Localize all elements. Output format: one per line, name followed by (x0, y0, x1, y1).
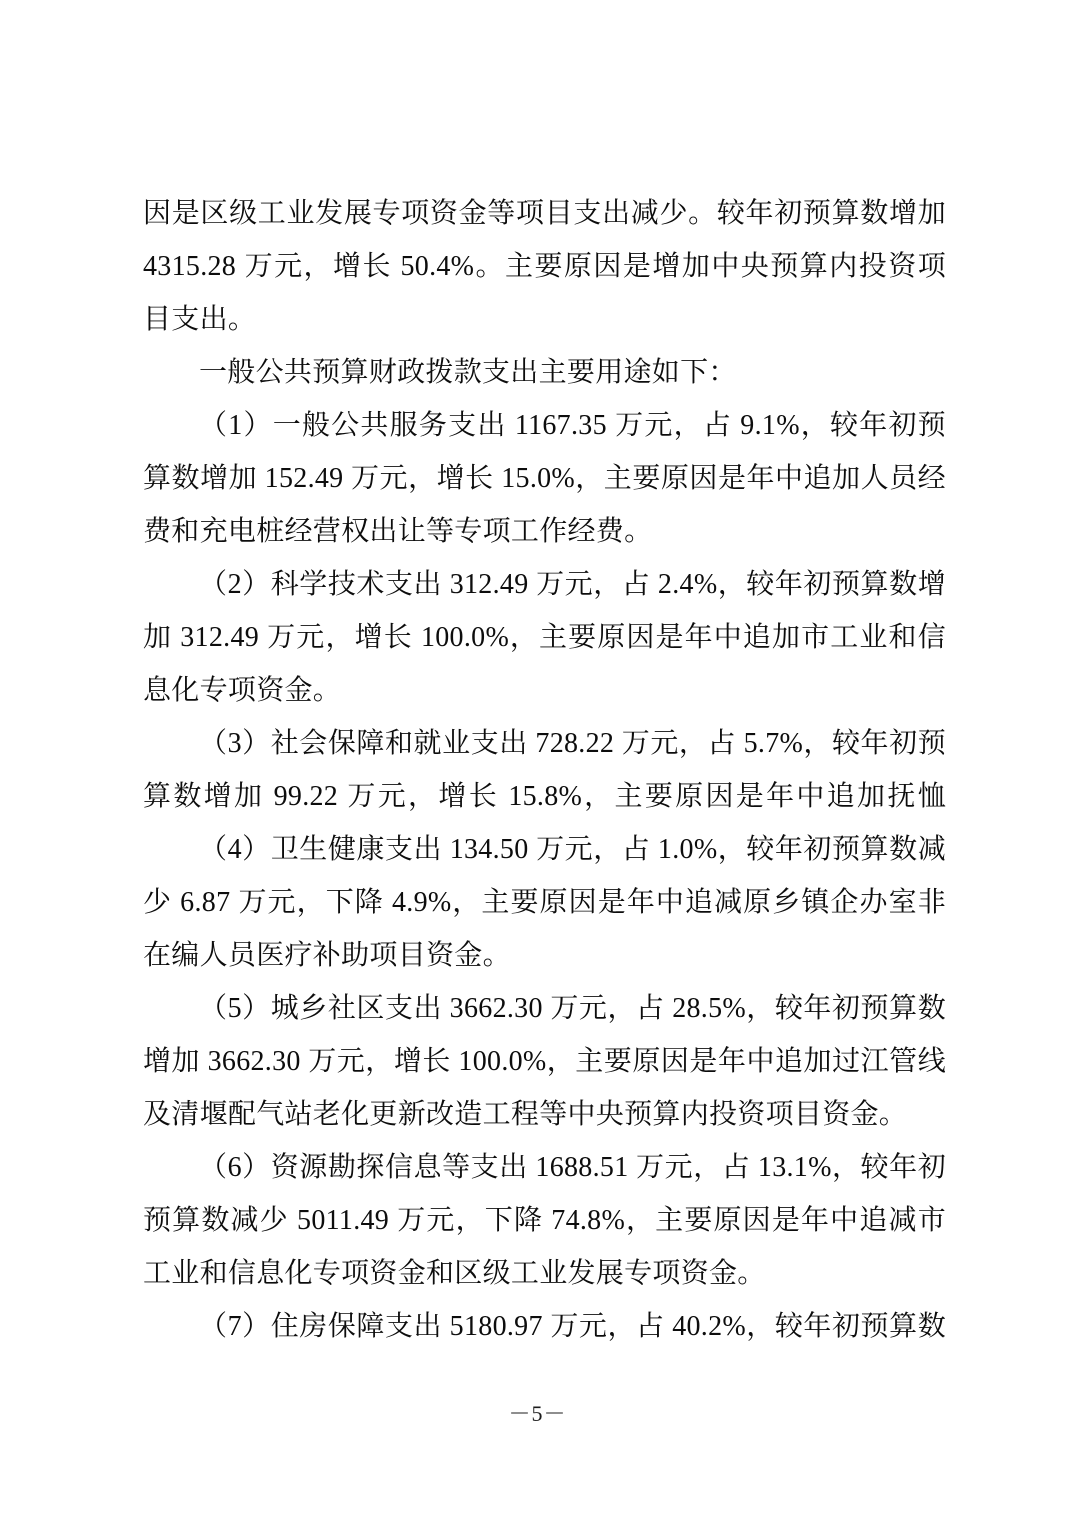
text-line: 在编人员医疗补助项目资金。 (143, 929, 946, 982)
text-line: 加 312.49 万元，增长 100.0%，主要原因是年中追加市工业和信 (143, 611, 946, 664)
text-line: （2）科学技术支出 312.49 万元，占 2.4%，较年初预算数增 (143, 558, 946, 611)
page-number: －5－ (508, 1401, 566, 1426)
text-line: （4）卫生健康支出 134.50 万元，占 1.0%，较年初预算数减 (143, 823, 946, 876)
text-line: 4315.28 万元，增长 50.4%。主要原因是增加中央预算内投资项 (143, 240, 946, 293)
text-line: 及清堰配气站老化更新改造工程等中央预算内投资项目资金。 (143, 1088, 946, 1141)
text-line: 息化专项资金。 (143, 664, 946, 717)
text-line: 算数增加 152.49 万元，增长 15.0%，主要原因是年中追加人员经 (143, 452, 946, 505)
text-line: 增加 3662.30 万元，增长 100.0%，主要原因是年中追加过江管线 (143, 1035, 946, 1088)
text-line: （7）住房保障支出 5180.97 万元，占 40.2%，较年初预算数 (143, 1300, 946, 1353)
text-line: 目支出。 (143, 293, 946, 346)
text-line: （5）城乡社区支出 3662.30 万元，占 28.5%，较年初预算数 (143, 982, 946, 1035)
page-footer: －5－ (0, 1400, 1075, 1428)
text-line: （6）资源勘探信息等支出 1688.51 万元，占 13.1%，较年初 (143, 1141, 946, 1194)
document-body: 因是区级工业发展专项资金等项目支出减少。较年初预算数增加 4315.28 万元，… (143, 187, 946, 1353)
text-line: （1）一般公共服务支出 1167.35 万元，占 9.1%，较年初预 (143, 399, 946, 452)
text-line: （3）社会保障和就业支出 728.22 万元，占 5.7%，较年初预 (143, 717, 946, 770)
text-line: 预算数减少 5011.49 万元，下降 74.8%，主要原因是年中追减市 (143, 1194, 946, 1247)
document-page: 因是区级工业发展专项资金等项目支出减少。较年初预算数增加 4315.28 万元，… (0, 0, 1075, 1520)
text-line: 工业和信息化专项资金和区级工业发展专项资金。 (143, 1247, 946, 1300)
text-line: 少 6.87 万元，下降 4.9%，主要原因是年中追减原乡镇企办室非 (143, 876, 946, 929)
text-line: 费和充电桩经营权出让等专项工作经费。 (143, 505, 946, 558)
text-line: 一般公共预算财政拨款支出主要用途如下： (143, 346, 946, 399)
text-line: 算数增加 99.22 万元，增长 15.8%，主要原因是年中追加抚恤金。 (143, 770, 946, 823)
text-line: 因是区级工业发展专项资金等项目支出减少。较年初预算数增加 (143, 187, 946, 240)
